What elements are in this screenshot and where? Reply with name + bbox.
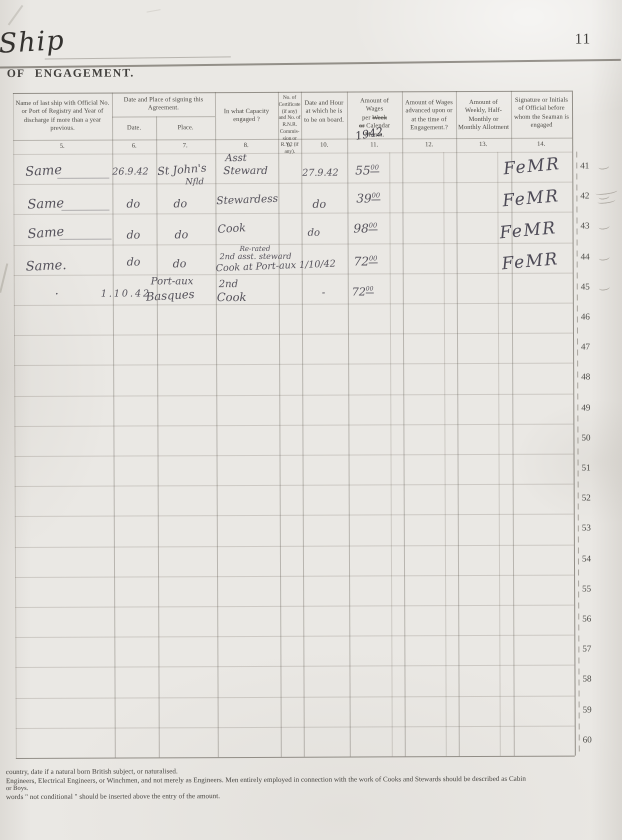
official-signature: FeMR [502, 186, 561, 211]
entry-name-flourish [57, 178, 109, 179]
entry-wage: 5500 [355, 163, 379, 177]
entry-wage: 3900 [356, 191, 380, 205]
wage-amount: 39 [356, 191, 371, 205]
col-header-signature: Signature or Initials of Official before… [513, 97, 570, 131]
entry-capacity-line2: Steward [223, 165, 268, 177]
row-number: 56 [582, 614, 591, 624]
entry-place: do [175, 228, 189, 241]
entry-capacity: Stewardess [216, 193, 278, 207]
entry-board: 27.9.42 [302, 168, 338, 179]
grid-line-horizontal [14, 242, 573, 245]
grid-line-horizontal [15, 514, 574, 517]
table-grid [0, 0, 621, 1]
grid-line-horizontal [13, 212, 572, 215]
grid-line-horizontal [14, 303, 573, 306]
entry-place: do [173, 257, 187, 270]
grid-line-horizontal [16, 695, 575, 698]
wages-header-line2: Wages [366, 106, 383, 113]
footnote-2: Engineers, Electrical Engineers, or Winc… [6, 775, 526, 785]
entry-wage: 7200 [354, 254, 378, 268]
grid-line-horizontal [15, 665, 574, 668]
pencil-scribble [598, 223, 610, 231]
grid-line-horizontal [14, 333, 573, 336]
row-number: 41 [580, 161, 589, 171]
grid-line-horizontal [15, 484, 574, 487]
col-header-place: Place. [156, 124, 215, 133]
pencil-scribble [8, 5, 23, 25]
footnote-1: country, date if a natural born British … [6, 767, 178, 776]
grid-line-horizontal [15, 544, 574, 547]
entry-board: do [312, 198, 326, 211]
col-header-date: Date. [112, 124, 156, 133]
row-number: 51 [582, 463, 591, 473]
page-number: 11 [575, 32, 592, 49]
grid-line-horizontal [16, 725, 575, 728]
grid-line-horizontal [15, 574, 574, 577]
grid-line-vertical [576, 152, 580, 756]
row-number: 49 [581, 402, 590, 412]
row-number: 45 [581, 281, 590, 291]
grid-line-horizontal [14, 363, 573, 366]
entry-date: do [127, 255, 141, 268]
row-number: 46 [581, 312, 590, 322]
col-number-capacity: 8. [236, 142, 256, 149]
pencil-scribble [598, 283, 610, 291]
row-number: 59 [583, 704, 592, 714]
official-signature: FeMR [499, 218, 558, 243]
col-number-advanced: 12. [419, 141, 439, 148]
wage-amount: 55 [355, 163, 370, 177]
pencil-scribble [147, 9, 161, 12]
grid-line-horizontal [14, 272, 573, 275]
official-signature: FeMR [501, 249, 560, 274]
wages-header-line3a: per [362, 114, 372, 121]
wages-header-line1: Amount of [360, 97, 389, 104]
entry-date: do [127, 228, 141, 241]
col-header-board: Date and Hour at which he is to be on bo… [303, 100, 345, 126]
row-number: 48 [581, 372, 590, 382]
entry-wage: 7200 [352, 285, 374, 298]
wage-cents: 00 [369, 221, 377, 230]
entry-name: Same [27, 196, 64, 212]
entry-capacity-line1: 2nd [219, 279, 238, 290]
official-signature: FeMR [502, 154, 561, 179]
row-number-margin: 4142434445464748495051525354555657585960 [0, 0, 621, 1]
grid-line-horizontal [16, 756, 575, 760]
wage-amount: 72 [354, 254, 369, 268]
grid-line-horizontal [14, 393, 573, 396]
entry-board: - [322, 288, 325, 299]
row-number: 47 [581, 342, 590, 352]
row-number: 60 [583, 734, 592, 744]
entry-capacity-line1: Asst [225, 153, 247, 164]
row-number: 55 [582, 583, 591, 593]
entry-place: St John's [157, 161, 207, 178]
col-header-capacity: In what Capacity engaged ? [218, 108, 275, 125]
entry-capacity: Cook [217, 221, 246, 236]
col-number-certificate: 9. [279, 142, 299, 149]
col-number-date: 6. [124, 142, 144, 149]
row-number: 42 [580, 191, 589, 201]
row-number: 58 [582, 674, 591, 684]
col-header-allotment: Amount of Weekly, Half-Monthly or Monthl… [458, 99, 509, 133]
wage-amount: 98 [354, 221, 369, 235]
grid-line-horizontal [15, 635, 574, 638]
entry-board: do [308, 228, 320, 239]
col-number-place: 7. [175, 142, 195, 149]
grid-line-horizontal [14, 423, 573, 426]
col-number-allotment: 13. [473, 141, 493, 148]
footnote-3: words " not conditional " should be inse… [6, 792, 220, 801]
entry-capacity-line2: Cook [217, 290, 247, 304]
entry-place-2: Nfld [185, 177, 204, 187]
pencil-scribble [0, 263, 8, 292]
ship-label: Ship [0, 25, 65, 60]
grid-line-vertical [156, 116, 160, 757]
col-header-name: Name of last ship with Official No. or P… [15, 100, 110, 134]
row-number: 52 [582, 493, 591, 503]
wage-cents: 00 [371, 163, 379, 172]
entry-date: do [126, 197, 140, 210]
entry-place-line2: Basques [145, 287, 194, 304]
entry-date: 1.10.42 [101, 288, 151, 299]
col-number-signature: 14. [531, 141, 551, 148]
entry-name-flourish [61, 210, 109, 211]
entry-wage: 9800 [354, 221, 378, 235]
entry-name-flourish [60, 239, 112, 240]
grid-line-horizontal [112, 116, 215, 117]
col-header-advanced: Amount of Wages advanced upon or at the … [404, 99, 454, 133]
ship-name-blank-line [45, 56, 231, 59]
footnote-2-continuation: or Boys. [6, 785, 28, 792]
pencil-scribble [598, 163, 610, 171]
wage-amount: 72 [352, 285, 366, 298]
col-header-date-place-group: Date and Place of signing this Agreement… [114, 96, 213, 113]
entry-place-line1: Port-aux [151, 276, 194, 287]
entry-place: do [173, 197, 187, 210]
row-number: 54 [582, 553, 591, 563]
entry-name: Same. [25, 258, 66, 275]
row-number: 44 [581, 251, 590, 261]
section-title: OF ENGAGEMENT. [7, 67, 135, 80]
entry-date: 26.9.42 [112, 166, 148, 177]
row-number: 57 [582, 644, 591, 654]
paper-sheet: Ship 11 OF ENGAGEMENT. Name of last ship… [0, 0, 622, 840]
col-number-board: 10. [314, 142, 334, 149]
row-number: 43 [581, 221, 590, 231]
scanned-ledger-page: Ship 11 OF ENGAGEMENT. Name of last ship… [0, 0, 622, 840]
grid-line-horizontal [13, 182, 572, 185]
wage-cents: 00 [369, 254, 377, 263]
col-number-wages: 11. [364, 141, 384, 148]
grid-line-horizontal [15, 605, 574, 608]
wages-header-struck-week: Week [372, 114, 387, 121]
entry-name: · [55, 287, 59, 301]
wage-cents: 00 [372, 191, 380, 200]
pencil-scribble [598, 253, 610, 261]
grid-line-horizontal [15, 454, 574, 457]
wage-cents: 00 [366, 286, 374, 294]
row-number: 50 [581, 432, 590, 442]
col-number-name: 5. [52, 143, 72, 150]
row-number: 53 [582, 523, 591, 533]
